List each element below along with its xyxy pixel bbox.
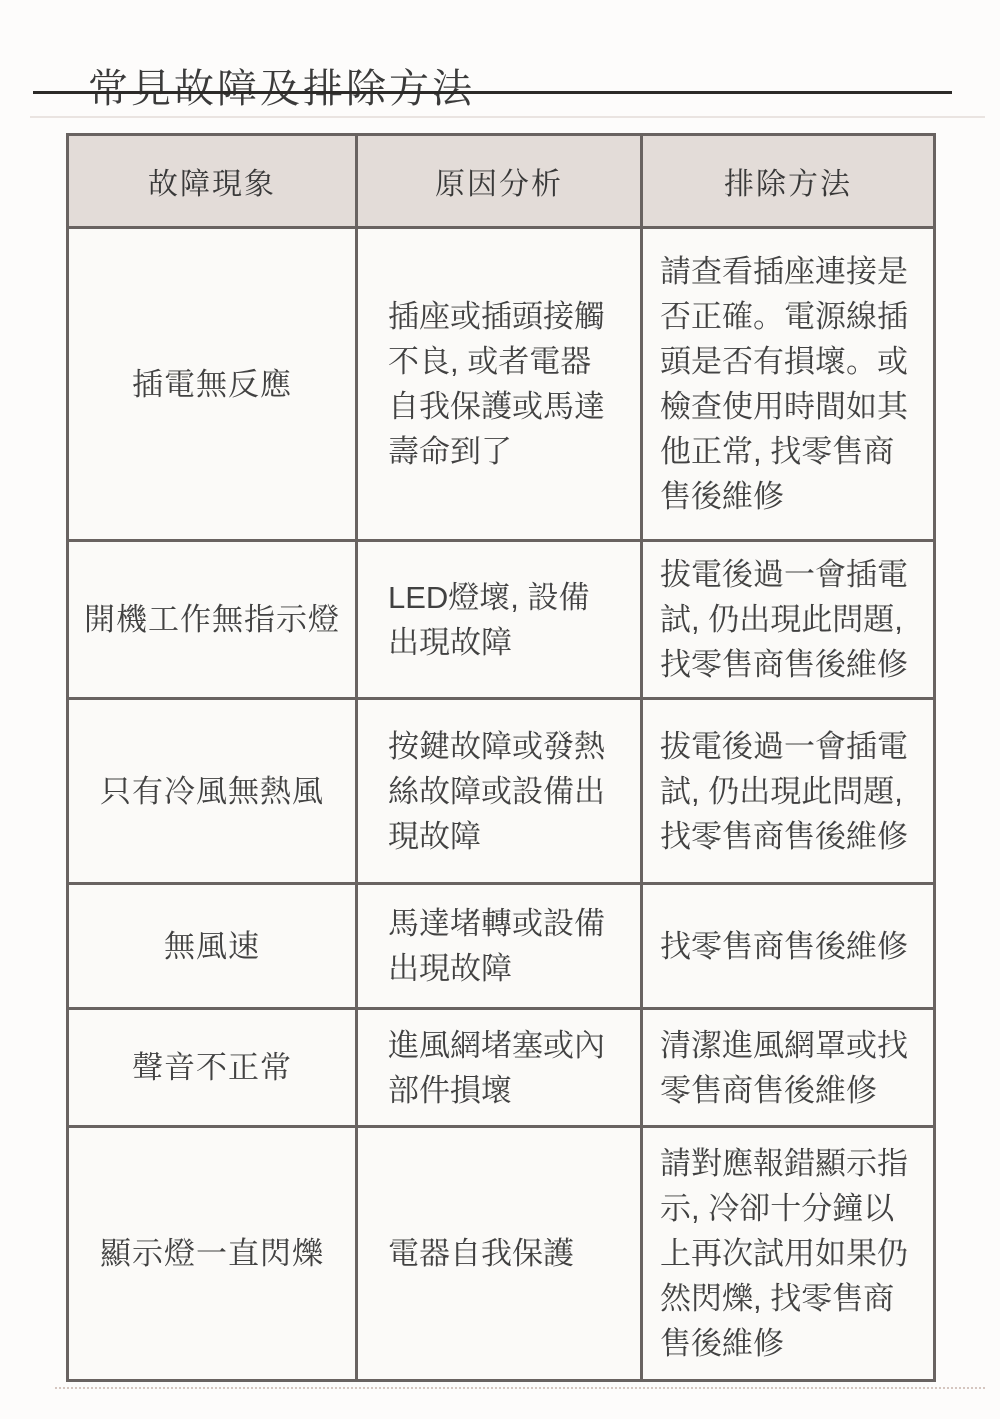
table-header-row: 故障現象 原因分析 排除方法 [68, 135, 935, 228]
symptom-cell: 無風速 [68, 884, 357, 1009]
solution-cell: 拔電後過一會插電 試, 仍出現此問題, 找零售商售後維修 [642, 699, 935, 884]
solution-cell: 請查看插座連接是 否正確。電源線插 頭是否有損壞。或 檢查使用時間如其 他正常,… [642, 228, 935, 541]
column-header-solution: 排除方法 [642, 135, 935, 228]
solution-cell: 請對應報錯顯示指 示, 冷卻十分鐘以 上再次試用如果仍 然閃爍, 找零售商 售後… [642, 1127, 935, 1381]
faint-scan-line-top [30, 116, 985, 118]
table-row: 插電無反應 插座或插頭接觸 不良, 或者電器 自我保護或馬達 壽命到了 請查看插… [68, 228, 935, 541]
table-row: 開機工作無指示燈 LED燈壞, 設備 出現故障 拔電後過一會插電 試, 仍出現此… [68, 541, 935, 699]
troubleshooting-table: 故障現象 原因分析 排除方法 插電無反應 插座或插頭接觸 不良, 或者電器 自我… [66, 133, 936, 1382]
cause-cell: 插座或插頭接觸 不良, 或者電器 自我保護或馬達 壽命到了 [357, 228, 642, 541]
faint-scan-line-bottom [55, 1387, 985, 1389]
cause-cell: 按鍵故障或發熱 絲故障或設備出 現故障 [357, 699, 642, 884]
solution-cell: 拔電後過一會插電 試, 仍出現此問題, 找零售商售後維修 [642, 541, 935, 699]
cause-cell: 電器自我保護 [357, 1127, 642, 1381]
cause-cell: 馬達堵轉或設備 出現故障 [357, 884, 642, 1009]
page-title: 常見故障及排除方法 [88, 57, 475, 114]
cause-cell: LED燈壞, 設備 出現故障 [357, 541, 642, 699]
symptom-cell: 只有冷風無熱風 [68, 699, 357, 884]
table-row: 只有冷風無熱風 按鍵故障或發熱 絲故障或設備出 現故障 拔電後過一會插電 試, … [68, 699, 935, 884]
solution-cell: 找零售商售後維修 [642, 884, 935, 1009]
column-header-symptom: 故障現象 [68, 135, 357, 228]
table-row: 顯示燈一直閃爍 電器自我保護 請對應報錯顯示指 示, 冷卻十分鐘以 上再次試用如… [68, 1127, 935, 1381]
symptom-cell: 插電無反應 [68, 228, 357, 541]
symptom-cell: 聲音不正常 [68, 1009, 357, 1127]
symptom-cell: 開機工作無指示燈 [68, 541, 357, 699]
title-underline-rule [33, 91, 952, 94]
solution-cell: 清潔進風網罩或找 零售商售後維修 [642, 1009, 935, 1127]
symptom-cell: 顯示燈一直閃爍 [68, 1127, 357, 1381]
column-header-cause: 原因分析 [357, 135, 642, 228]
cause-cell: 進風網堵塞或內 部件損壞 [357, 1009, 642, 1127]
table-row: 聲音不正常 進風網堵塞或內 部件損壞 清潔進風網罩或找 零售商售後維修 [68, 1009, 935, 1127]
table-row: 無風速 馬達堵轉或設備 出現故障 找零售商售後維修 [68, 884, 935, 1009]
